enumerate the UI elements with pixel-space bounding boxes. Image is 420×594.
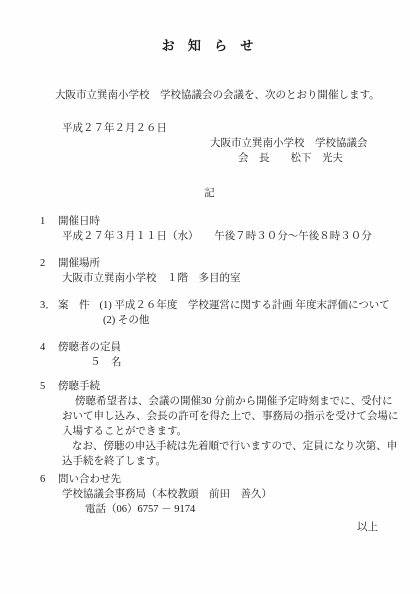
contact-phone-line: 電話（06）6757 － 9174: [0, 502, 420, 517]
sender-organization: 大阪市立巽南小学校 学校協議会: [0, 136, 420, 151]
section-heading-row: 6問い合わせ先: [0, 472, 420, 487]
agenda-item: (1) 平成２６年度 学校運営に関する計画 年度末評価について: [100, 300, 390, 311]
section-line: なお、傍聴の申込手続は先着順で行いますので、定員になり次第、申: [0, 439, 420, 454]
record-mark: 記: [0, 186, 420, 201]
section-number: 4: [40, 340, 58, 355]
section-line: おいて申し込み、会長の許可を得た上で、事務局の指示を受けて会場に: [0, 409, 420, 424]
sender-chairman: 会 長 松下 光夫: [0, 151, 420, 166]
section-heading-row: 4傍聴者の定員: [0, 340, 420, 355]
section-line: 入場することができます。: [0, 424, 420, 439]
section-number: 1: [40, 214, 58, 229]
section-observer-procedure: 5傍聴手続 傍聴希望者は、会議の開催30 分前から開催予定時刻までに、受付に お…: [0, 379, 420, 469]
closing-mark: 以上: [0, 520, 420, 535]
issue-date: 平成２７年２月２６日: [0, 121, 420, 136]
section-heading-row: 2開催場所: [0, 256, 420, 271]
sender-block: 大阪市立巽南小学校 学校協議会 会 長 松下 光夫: [0, 136, 420, 166]
section-heading: 問い合わせ先: [58, 474, 121, 485]
section-number: 3．: [40, 298, 58, 313]
section-number: 2: [40, 256, 58, 271]
section-number: 6: [40, 472, 58, 487]
section-observer-capacity: 4傍聴者の定員 ５ 名: [0, 340, 420, 370]
section-heading: 開催日時: [58, 216, 100, 227]
section-heading: 開催場所: [58, 258, 100, 269]
section-heading-row: 5傍聴手続: [0, 379, 420, 394]
section-number: 5: [40, 379, 58, 394]
section-heading-row: 1開催日時: [0, 214, 420, 229]
section-contact: 6問い合わせ先 学校協議会事務局（本校教頭 前田 善久） 電話（06）6757 …: [0, 472, 420, 517]
section-line: 平成２７年３月１１日（水） 午後７時３０分～午後８時３０分: [0, 229, 420, 244]
section-agenda: 3．案 件(1) 平成２６年度 学校運営に関する計画 年度末評価について (2)…: [0, 298, 420, 328]
intro-text: 大阪市立巽南小学校 学校協議会の会議を、次のとおり開催します。: [0, 88, 420, 103]
section-heading: 傍聴手続: [58, 381, 100, 392]
section-line: 込手続を終了します。: [0, 454, 420, 469]
page-title: お 知 ら せ: [0, 38, 420, 54]
section-heading-row: 3．案 件(1) 平成２６年度 学校運営に関する計画 年度末評価について: [0, 298, 420, 313]
section-line: 傍聴希望者は、会議の開催30 分前から開催予定時刻までに、受付に: [0, 394, 420, 409]
section-meeting-place: 2開催場所 大阪市立巽南小学校 １階 多目的室: [0, 256, 420, 286]
agenda-item: (2) その他: [0, 313, 420, 328]
section-heading: 傍聴者の定員: [58, 342, 121, 353]
contact-office-line: 学校協議会事務局（本校教頭 前田 善久）: [0, 487, 420, 502]
section-heading: 案 件: [58, 300, 90, 311]
section-line: 大阪市立巽南小学校 １階 多目的室: [0, 271, 420, 286]
section-meeting-datetime: 1開催日時 平成２７年３月１１日（水） 午後７時３０分～午後８時３０分: [0, 214, 420, 244]
section-line: ５ 名: [0, 355, 420, 370]
notice-document: お 知 ら せ 大阪市立巽南小学校 学校協議会の会議を、次のとおり開催します。 …: [0, 0, 420, 594]
